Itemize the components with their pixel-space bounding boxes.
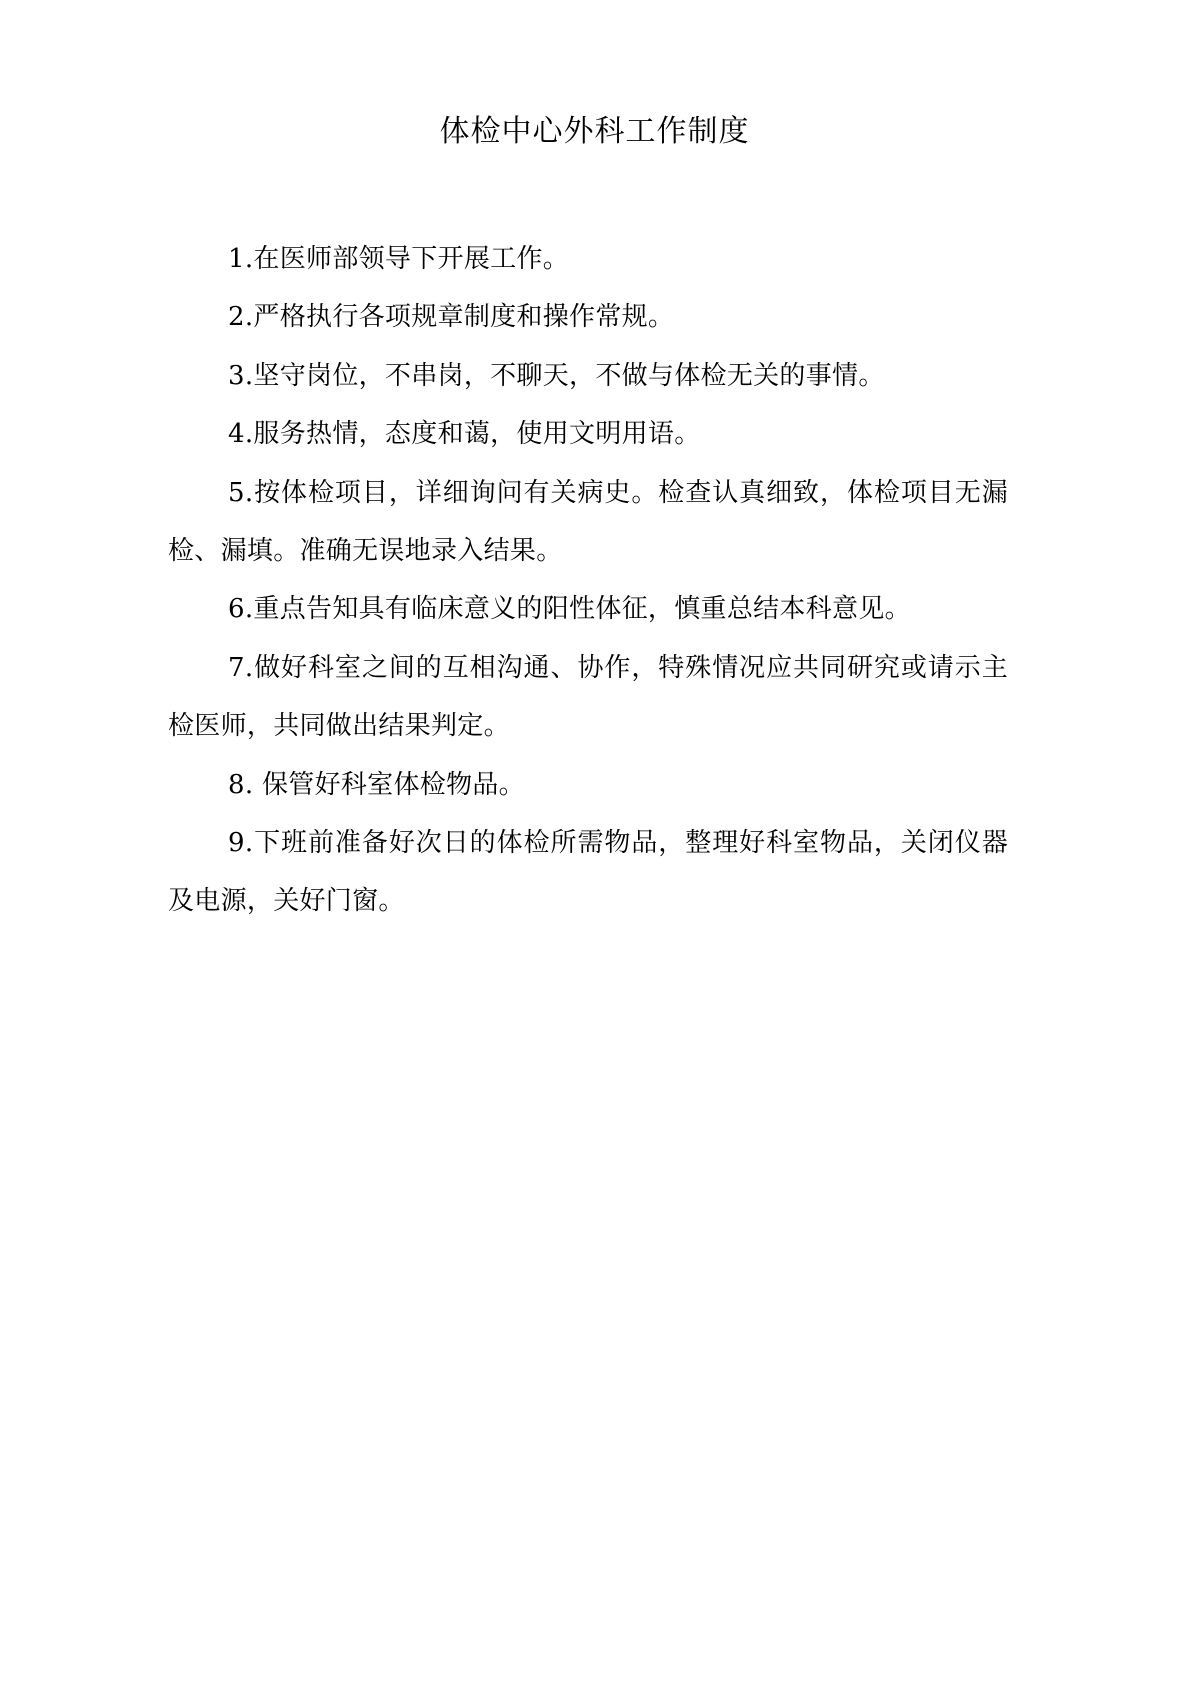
rule-text: 保管好科室体检物品。 [253,770,525,800]
rule-number: 4. [228,419,253,449]
rule-number: 5. [228,478,253,508]
document-title: 体检中心外科工作制度 [0,110,1189,154]
rule-item-2: 2.严格执行各项规章制度和操作常规。 [168,288,1008,346]
rule-text: 重点告知具有临床意义的阳性体征，慎重总结本科意见。 [253,594,911,624]
rules-list: 1.在医师部领导下开展工作。 2.严格执行各项规章制度和操作常规。 3.坚守岗位… [168,230,1008,931]
rule-number: 6. [228,594,253,624]
rule-item-9: 9.下班前准备好次日的体检所需物品，整理好科室物品，关闭仪器及电源，关好门窗。 [168,814,1008,931]
rule-item-3: 3.坚守岗位，不串岗，不聊天，不做与体检无关的事情。 [168,347,1008,405]
rule-item-1: 1.在医师部领导下开展工作。 [168,230,1008,288]
rule-text: 坚守岗位，不串岗，不聊天，不做与体检无关的事情。 [253,361,884,391]
rule-item-6: 6.重点告知具有临床意义的阳性体征，慎重总结本科意见。 [168,580,1008,638]
rule-number: 1. [228,244,253,274]
document-page: 体检中心外科工作制度 1.在医师部领导下开展工作。 2.严格执行各项规章制度和操… [0,0,1189,1682]
rule-text: 严格执行各项规章制度和操作常规。 [253,302,674,332]
rule-text: 做好科室之间的互相沟通、协作，特殊情况应共同研究或请示主检医师，共同做出结果判定… [168,653,1008,741]
rule-text: 在医师部领导下开展工作。 [253,244,569,274]
rule-number: 8. [228,770,253,800]
rule-number: 9. [228,828,253,858]
rule-text: 按体检项目，详细询问有关病史。检查认真细致，体检项目无漏检、漏填。准确无误地录入… [168,478,1008,566]
rule-number: 3. [228,361,253,391]
rule-text: 服务热情，态度和蔼，使用文明用语。 [253,419,700,449]
rule-number: 7. [228,653,253,683]
rule-item-7: 7.做好科室之间的互相沟通、协作，特殊情况应共同研究或请示主检医师，共同做出结果… [168,639,1008,756]
rule-item-4: 4.服务热情，态度和蔼，使用文明用语。 [168,405,1008,463]
rule-item-8: 8. 保管好科室体检物品。 [168,756,1008,814]
rule-item-5: 5.按体检项目，详细询问有关病史。检查认真细致，体检项目无漏检、漏填。准确无误地… [168,464,1008,581]
rule-text: 下班前准备好次日的体检所需物品，整理好科室物品，关闭仪器及电源，关好门窗。 [168,828,1008,916]
rule-number: 2. [228,302,253,332]
